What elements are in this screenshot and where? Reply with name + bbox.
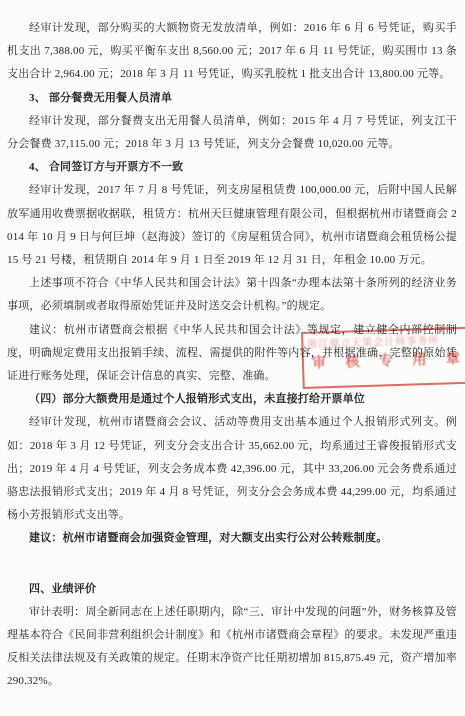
heading-issue-4: 4、 合同签订方与开票方不一致 xyxy=(7,156,457,179)
paragraph-performance-evaluation: 审计表明：周全新同志在上述任职期内，除“三、审计中发现的问题”外，财务核算及管理… xyxy=(7,601,457,694)
paragraph-regulation-reference: 上述事项不符合《中华人民共和国会计法》第十四条“办理本法第十条所列的经济业务事项… xyxy=(7,272,457,318)
paragraph-meal-expenses: 经审计发现，部分餐费支出无用餐人员清单，例如：2015 年 4 月 7 号凭证，… xyxy=(7,110,457,156)
audit-report-page: 经审计发现，部分购买的大额物资无发放清单，例如：2016 年 6 月 6 号凭证… xyxy=(0,0,465,716)
document-body: 经审计发现，部分购买的大额物资无发放清单，例如：2016 年 6 月 6 号凭证… xyxy=(7,17,457,694)
paragraph-suggestion-internal-control: 建议：杭州市诸暨商会根据《中华人民共和国会计法》等规定，建立健全内部控制制度，明… xyxy=(7,319,457,389)
paragraph-lease-contract: 经审计发现，2017 年 7 月 8 号凭证，列支房屋租赁费 100,000.0… xyxy=(7,179,457,272)
paragraph-material-purchases: 经审计发现，部分购买的大额物资无发放清单，例如：2016 年 6 月 6 号凭证… xyxy=(7,17,457,87)
heading-performance-evaluation: 四、业绩评价 xyxy=(7,578,457,601)
heading-issue-3: 3、 部分餐费无用餐人员清单 xyxy=(7,87,457,110)
paragraph-personal-reimbursement-detail: 经审计发现，杭州市诸暨商会会议、活动等费用支出基本通过个人报销形式列支。例如：2… xyxy=(7,411,457,527)
heading-issue-personal-reimbursement: （四）部分大额费用是通过个人报销形式支出，未直接打给开票单位 xyxy=(7,388,457,411)
paragraph-suggestion-fund-management: 建议：杭州市诸暨商会加强资金管理，对大额支出实行公对公转账制度。 xyxy=(7,527,457,550)
